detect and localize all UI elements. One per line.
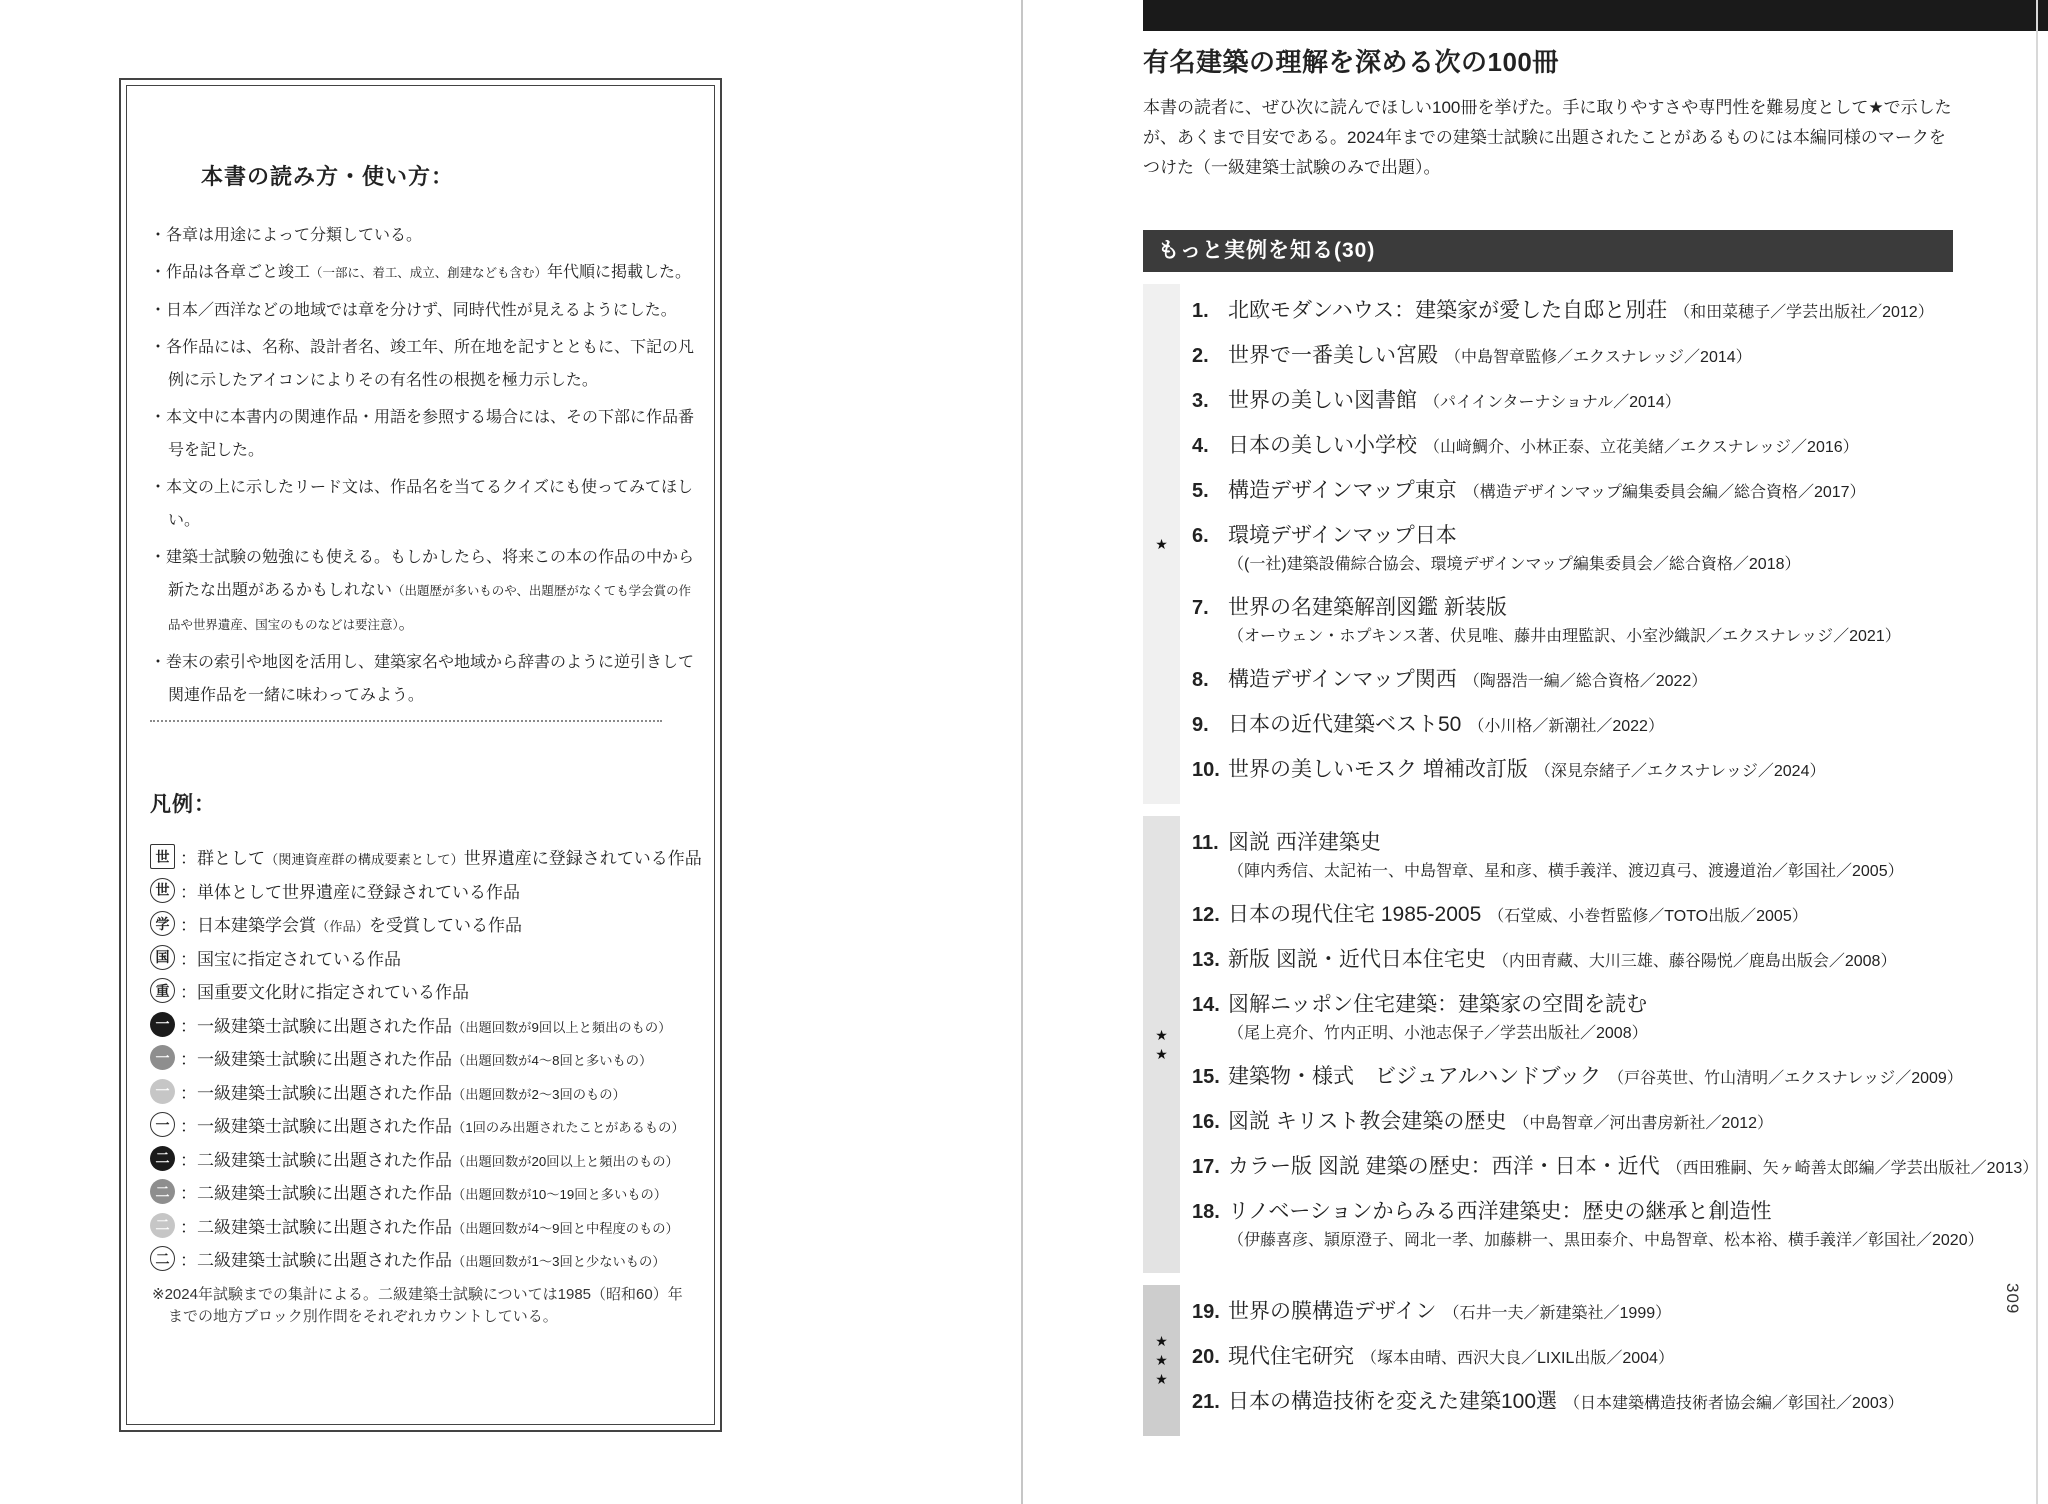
legend-row: 一：一級建築士試験に出題された作品（出題回数が9回以上と頻出のもの） xyxy=(150,1008,702,1042)
book-line: 14.図解ニッポン住宅建築：建築家の空間を読む xyxy=(1180,990,2038,1020)
book-number: 18. xyxy=(1180,1201,1228,1224)
book-line: 16.図説 キリスト教会建築の歴史（中島智章／河出書房新社／2012） xyxy=(1180,1107,2038,1137)
legend-text: ：国重要文化財に指定されている作品 xyxy=(180,978,469,1003)
legend-footnote: ※2024年試験までの集計による。二級建築士試験については1985（昭和60）年… xyxy=(152,1284,692,1328)
reading-guide-title: 本書の読み方・使い方： xyxy=(201,160,454,191)
book-title: 現代住宅研究 xyxy=(1228,1342,1354,1372)
book-title: 構造デザインマップ関西 xyxy=(1228,665,1457,695)
book-authors: （陶器浩一編／総合資格／2022） xyxy=(1464,668,1708,691)
book-authors: （内田青藏、大川三雄、藤谷陽悦／鹿島出版会／2008） xyxy=(1493,948,1897,971)
legend-row: 二：二級建築士試験に出題された作品（出題回数が20回以上と頻出のもの） xyxy=(150,1142,702,1176)
book-line: 12.日本の現代住宅 1985-2005（石堂威、小巻哲監修／TOTO出版／20… xyxy=(1180,900,2038,930)
page-number: 309 xyxy=(2002,1283,2022,1314)
usage-bullet: ・巻末の索引や地図を活用し、建築家名や地域から辞書のように逆引きして関連作品を一… xyxy=(150,646,698,712)
book-number: 11. xyxy=(1180,832,1228,855)
book-group: ★★11.図説 西洋建築史（陣内秀信、太記祐一、中島智章、星和彦、横手義洋、渡辺… xyxy=(1143,816,2023,1273)
book-line: 19.世界の膜構造デザイン（石井一夫／新建築社／1999） xyxy=(1180,1297,2023,1327)
legend-text: ：二級建築士試験に出題された作品（出題回数が1～3回と少ないもの） xyxy=(180,1246,666,1271)
legend-row: 二：二級建築士試験に出題された作品（出題回数が4～9回と中程度のもの） xyxy=(150,1209,702,1243)
book-line: 3.世界の美しい図書館（パイインターナショナル／2014） xyxy=(1180,386,2023,416)
book-item: 6.環境デザインマップ日本（(一社)建築設備綜合協会、環境デザインマップ編集委員… xyxy=(1180,521,2023,578)
book-title: 図説 キリスト教会建築の歴史 xyxy=(1228,1107,1506,1137)
book-line: 6.環境デザインマップ日本 xyxy=(1180,521,2023,551)
book-authors: （石堂威、小巻哲監修／TOTO出版／2005） xyxy=(1488,903,1807,926)
book-item: 7.世界の名建築解剖図鑑 新装版（オーウェン・ホプキンス著、伏見唯、藤井由理監訳… xyxy=(1180,593,2023,650)
legend-row: 国：国宝に指定されている作品 xyxy=(150,941,702,975)
star-icon: ★ xyxy=(1155,535,1168,554)
page-title: 有名建築の理解を深める次の100冊 xyxy=(1143,42,1559,79)
legend-row: 一：一級建築士試験に出題された作品（出題回数が2～3回のもの） xyxy=(150,1075,702,1109)
book-title: リノベーションからみる西洋建築史：歴史の継承と創造性 xyxy=(1228,1197,1771,1227)
book-number: 9. xyxy=(1180,714,1228,737)
legend-text: ：一級建築士試験に出題された作品（出題回数が4～8回と多いもの） xyxy=(180,1045,652,1070)
difficulty-strip: ★★ xyxy=(1143,816,1180,1273)
book-number: 13. xyxy=(1180,949,1228,972)
book-number: 14. xyxy=(1180,994,1228,1017)
dotted-divider xyxy=(150,720,662,722)
top-rule-bar xyxy=(1143,0,2048,31)
star-icon: ★ xyxy=(1155,1045,1168,1064)
legend-text: ：日本建築学会賞（作品）を受賞している作品 xyxy=(180,911,522,936)
book-authors: （深見奈緒子／エクスナレッジ／2024） xyxy=(1535,758,1826,781)
book-item: 3.世界の美しい図書館（パイインターナショナル／2014） xyxy=(1180,386,2023,416)
book-line: 13.新版 図説・近代日本住宅史（内田青藏、大川三雄、藤谷陽悦／鹿島出版会／20… xyxy=(1180,945,2038,975)
book-line: 11.図説 西洋建築史 xyxy=(1180,828,2038,858)
book-group-items: 1.北欧モダンハウス：建築家が愛した自邸と別荘（和田菜穂子／学芸出版社／2012… xyxy=(1180,284,2023,804)
book-item: 4.日本の美しい小学校（山﨑鯛介、小林正泰、立花美緒／エクスナレッジ／2016） xyxy=(1180,431,2023,461)
legend-row: 学：日本建築学会賞（作品）を受賞している作品 xyxy=(150,907,702,941)
book-title: カラー版 図説 建築の歴史：西洋・日本・近代 xyxy=(1228,1152,1660,1182)
circle-badge-icon: 国 xyxy=(150,945,175,970)
usage-bullet: ・建築士試験の勉強にも使える。もしかしたら、将来この本の作品の中から新たな出題が… xyxy=(150,541,698,642)
book-line: 10.世界の美しいモスク 増補改訂版（深見奈緒子／エクスナレッジ／2024） xyxy=(1180,755,2023,785)
legend-text: ：二級建築士試験に出題された作品（出題回数が4～9回と中程度のもの） xyxy=(180,1213,679,1238)
usage-bullet: ・本文の上に示したリード文は、作品名を当てるクイズにも使ってみてほしい。 xyxy=(150,471,698,537)
book-number: 15. xyxy=(1180,1066,1228,1089)
book-item: 16.図説 キリスト教会建築の歴史（中島智章／河出書房新社／2012） xyxy=(1180,1107,2038,1137)
book-number: 3. xyxy=(1180,390,1228,413)
book-line: 2.世界で一番美しい宮殿（中島智章監修／エクスナレッジ／2014） xyxy=(1180,341,2023,371)
scan-edge-line xyxy=(2036,0,2038,1504)
book-line: 9.日本の近代建築ベスト50（小川格／新潮社／2022） xyxy=(1180,710,2023,740)
book-title: 構造デザインマップ東京 xyxy=(1228,476,1457,506)
book-item: 5.構造デザインマップ東京（構造デザインマップ編集委員会編／総合資格／2017） xyxy=(1180,476,2023,506)
book-authors: （石井一夫／新建築社／1999） xyxy=(1444,1300,1672,1323)
legend-text: ：一級建築士試験に出題された作品（出題回数が9回以上と頻出のもの） xyxy=(180,1012,671,1037)
book-item: 11.図説 西洋建築史（陣内秀信、太記祐一、中島智章、星和彦、横手義洋、渡辺真弓… xyxy=(1180,828,2038,885)
legend-text: ：二級建築士試験に出題された作品（出題回数が10～19回と多いもの） xyxy=(180,1179,667,1204)
book-item: 2.世界で一番美しい宮殿（中島智章監修／エクスナレッジ／2014） xyxy=(1180,341,2023,371)
book-number: 21. xyxy=(1180,1391,1228,1414)
book-item: 9.日本の近代建築ベスト50（小川格／新潮社／2022） xyxy=(1180,710,2023,740)
book-item: 10.世界の美しいモスク 増補改訂版（深見奈緒子／エクスナレッジ／2024） xyxy=(1180,755,2023,785)
legend-title: 凡例： xyxy=(150,788,216,818)
circle-badge-icon: 二 xyxy=(150,1213,175,1238)
book-number: 10. xyxy=(1180,759,1228,782)
book-item: 8.構造デザインマップ関西（陶器浩一編／総合資格／2022） xyxy=(1180,665,2023,695)
book-title: 環境デザインマップ日本 xyxy=(1228,521,1457,551)
book-group-items: 19.世界の膜構造デザイン（石井一夫／新建築社／1999）20.現代住宅研究（塚… xyxy=(1180,1285,2023,1436)
book-line: 17.カラー版 図説 建築の歴史：西洋・日本・近代（西田雅嗣、矢ヶ崎善太郎編／学… xyxy=(1180,1152,2038,1182)
book-title: 世界の名建築解剖図鑑 新装版 xyxy=(1228,593,1507,623)
book-authors: （(一社)建築設備綜合協会、環境デザインマップ編集委員会／総合資格／2018） xyxy=(1228,551,2023,578)
book-line: 20.現代住宅研究（塚本由晴、西沢大良／LIXIL出版／2004） xyxy=(1180,1342,2023,1372)
legend-text: ：国宝に指定されている作品 xyxy=(180,945,401,970)
book-title: 日本の構造技術を変えた建築100選 xyxy=(1228,1387,1557,1417)
book-item: 17.カラー版 図説 建築の歴史：西洋・日本・近代（西田雅嗣、矢ヶ崎善太郎編／学… xyxy=(1180,1152,2038,1182)
usage-bullet: ・本文中に本書内の関連作品・用語を参照する場合には、その下部に作品番号を記した。 xyxy=(150,401,698,467)
book-number: 2. xyxy=(1180,345,1228,368)
book-line: 4.日本の美しい小学校（山﨑鯛介、小林正泰、立花美緒／エクスナレッジ／2016） xyxy=(1180,431,2023,461)
circle-badge-icon: 二 xyxy=(150,1246,175,1271)
book-authors: （パイインターナショナル／2014） xyxy=(1424,389,1681,412)
book-item: 1.北欧モダンハウス：建築家が愛した自邸と別荘（和田菜穂子／学芸出版社／2012… xyxy=(1180,296,2023,326)
usage-bullet: ・日本／西洋などの地域では章を分けず、同時代性が見えるようにした。 xyxy=(150,294,698,327)
book-authors: （戸谷英世、竹山清明／エクスナレッジ／2009） xyxy=(1608,1065,1963,1088)
book-title: 世界の美しいモスク 増補改訂版 xyxy=(1228,755,1528,785)
book-line: 18.リノベーションからみる西洋建築史：歴史の継承と創造性 xyxy=(1180,1197,2038,1227)
book-number: 16. xyxy=(1180,1111,1228,1134)
legend-row: 一：一級建築士試験に出題された作品（1回のみ出題されたことがあるもの） xyxy=(150,1108,702,1142)
book-title: 図説 西洋建築史 xyxy=(1228,828,1381,858)
star-icon: ★ xyxy=(1155,1351,1168,1370)
legend-row: 二：二級建築士試験に出題された作品（出題回数が10～19回と多いもの） xyxy=(150,1175,702,1209)
legend-text: ：一級建築士試験に出題された作品（1回のみ出題されたことがあるもの） xyxy=(180,1112,685,1137)
legend-text: ：一級建築士試験に出題された作品（出題回数が2～3回のもの） xyxy=(180,1079,626,1104)
usage-bullet: ・作品は各章ごと竣工（一部に、着工、成立、創建なども含む）年代順に掲載した。 xyxy=(150,256,698,290)
book-authors: （構造デザインマップ編集委員会編／総合資格／2017） xyxy=(1464,479,1866,502)
circle-badge-icon: 学 xyxy=(150,911,175,936)
book-item: 19.世界の膜構造デザイン（石井一夫／新建築社／1999） xyxy=(1180,1297,2023,1327)
book-number: 20. xyxy=(1180,1346,1228,1369)
book-item: 13.新版 図説・近代日本住宅史（内田青藏、大川三雄、藤谷陽悦／鹿島出版会／20… xyxy=(1180,945,2038,975)
book-group: ★★★19.世界の膜構造デザイン（石井一夫／新建築社／1999）20.現代住宅研… xyxy=(1143,1285,2023,1436)
book-title: 日本の現代住宅 1985-2005 xyxy=(1228,900,1481,930)
circle-badge-icon: 一 xyxy=(150,1045,175,1070)
book-authors: （西田雅嗣、矢ヶ崎善太郎編／学芸出版社／2013） xyxy=(1667,1155,2039,1178)
book-number: 7. xyxy=(1180,597,1228,620)
book-number: 12. xyxy=(1180,904,1228,927)
book-authors: （塚本由晴、西沢大良／LIXIL出版／2004） xyxy=(1361,1345,1674,1368)
book-number: 19. xyxy=(1180,1301,1228,1324)
page-fold-divider xyxy=(1021,0,1023,1504)
legend-row: 一：一級建築士試験に出題された作品（出題回数が4～8回と多いもの） xyxy=(150,1041,702,1075)
book-number: 6. xyxy=(1180,525,1228,548)
square-badge-icon: 世 xyxy=(150,844,175,869)
book-item: 18.リノベーションからみる西洋建築史：歴史の継承と創造性（伊藤喜彦、頴原澄子、… xyxy=(1180,1197,2038,1254)
legend-text: ：単体として世界遺産に登録されている作品 xyxy=(180,878,520,903)
book-title: 日本の美しい小学校 xyxy=(1228,431,1417,461)
circle-badge-icon: 世 xyxy=(150,878,175,903)
book-authors: （和田菜穂子／学芸出版社／2012） xyxy=(1674,299,1934,322)
book-title: 日本の近代建築ベスト50 xyxy=(1228,710,1461,740)
book-number: 8. xyxy=(1180,669,1228,692)
legend-row: 二：二級建築士試験に出題された作品（出題回数が1～3回と少ないもの） xyxy=(150,1242,702,1276)
usage-bullet: ・各章は用途によって分類している。 xyxy=(150,219,698,252)
book-list: ★1.北欧モダンハウス：建築家が愛した自邸と別荘（和田菜穂子／学芸出版社／201… xyxy=(1143,272,2023,1436)
legend-text: ：二級建築士試験に出題された作品（出題回数が20回以上と頻出のもの） xyxy=(180,1146,679,1171)
circle-badge-icon: 二 xyxy=(150,1179,175,1204)
book-authors: （陣内秀信、太記祐一、中島智章、星和彦、横手義洋、渡辺真弓、渡邊道治／彰国社／2… xyxy=(1228,858,2038,885)
star-icon: ★ xyxy=(1155,1026,1168,1045)
legend-text: ：群として（関連資産群の構成要素として）世界遺産に登録されている作品 xyxy=(180,844,702,869)
book-number: 4. xyxy=(1180,435,1228,458)
book-line: 21.日本の構造技術を変えた建築100選（日本建築構造技術者協会編／彰国社／20… xyxy=(1180,1387,2023,1417)
book-item: 12.日本の現代住宅 1985-2005（石堂威、小巻哲監修／TOTO出版／20… xyxy=(1180,900,2038,930)
book-authors: （オーウェン・ホプキンス著、伏見唯、藤井由理監訳、小室沙織訳／エクスナレッジ／2… xyxy=(1228,623,2023,650)
legend-row: 世：群として（関連資産群の構成要素として）世界遺産に登録されている作品 xyxy=(150,840,702,874)
usage-bullet: ・各作品には、名称、設計者名、竣工年、所在地を記すとともに、下記の凡例に示したア… xyxy=(150,331,698,397)
book-line: 15.建築物・様式 ビジュアルハンドブック（戸谷英世、竹山清明／エクスナレッジ／… xyxy=(1180,1062,2038,1092)
circle-badge-icon: 二 xyxy=(150,1146,175,1171)
book-title: 新版 図説・近代日本住宅史 xyxy=(1228,945,1486,975)
legend-list: 世：群として（関連資産群の構成要素として）世界遺産に登録されている作品世：単体と… xyxy=(150,840,702,1276)
book-authors: （中島智章／河出書房新社／2012） xyxy=(1513,1110,1773,1133)
book-authors: （小川格／新潮社／2022） xyxy=(1468,713,1664,736)
book-item: 14.図解ニッポン住宅建築：建築家の空間を読む（尾上亮介、竹内正明、小池志保子／… xyxy=(1180,990,2038,1047)
circle-badge-icon: 重 xyxy=(150,978,175,1003)
legend-row: 重：国重要文化財に指定されている作品 xyxy=(150,974,702,1008)
book-authors: （尾上亮介、竹内正明、小池志保子／学芸出版社／2008） xyxy=(1228,1020,2038,1047)
book-line: 5.構造デザインマップ東京（構造デザインマップ編集委員会編／総合資格／2017） xyxy=(1180,476,2023,506)
book-number: 5. xyxy=(1180,480,1228,503)
star-icon: ★ xyxy=(1155,1370,1168,1389)
intro-paragraph: 本書の読者に、ぜひ次に読んでほしい100冊を挙げた。手に取りやすさや専門性を難易… xyxy=(1143,93,1955,183)
book-title: 世界の膜構造デザイン xyxy=(1228,1297,1437,1327)
difficulty-strip: ★★★ xyxy=(1143,1285,1180,1436)
book-item: 15.建築物・様式 ビジュアルハンドブック（戸谷英世、竹山清明／エクスナレッジ／… xyxy=(1180,1062,2038,1092)
book-spread: 本書の読み方・使い方： ・各章は用途によって分類している。・作品は各章ごと竣工（… xyxy=(0,0,2048,1504)
book-authors: （中島智章監修／エクスナレッジ／2014） xyxy=(1445,344,1752,367)
circle-badge-icon: 一 xyxy=(150,1079,175,1104)
book-authors: （日本建築構造技術者協会編／彰国社／2003） xyxy=(1564,1390,1904,1413)
circle-badge-icon: 一 xyxy=(150,1112,175,1137)
book-title: 建築物・様式 ビジュアルハンドブック xyxy=(1228,1062,1601,1092)
difficulty-strip: ★ xyxy=(1143,284,1180,804)
book-title: 図解ニッポン住宅建築：建築家の空間を読む xyxy=(1228,990,1647,1020)
book-line: 8.構造デザインマップ関西（陶器浩一編／総合資格／2022） xyxy=(1180,665,2023,695)
circle-badge-icon: 一 xyxy=(150,1012,175,1037)
book-item: 21.日本の構造技術を変えた建築100選（日本建築構造技術者協会編／彰国社／20… xyxy=(1180,1387,2023,1417)
legend-row: 世：単体として世界遺産に登録されている作品 xyxy=(150,874,702,908)
book-authors: （山﨑鯛介、小林正泰、立花美緒／エクスナレッジ／2016） xyxy=(1424,434,1859,457)
book-title: 世界の美しい図書館 xyxy=(1228,386,1417,416)
book-title: 世界で一番美しい宮殿 xyxy=(1228,341,1438,371)
book-item: 20.現代住宅研究（塚本由晴、西沢大良／LIXIL出版／2004） xyxy=(1180,1342,2023,1372)
usage-bullet-list: ・各章は用途によって分類している。・作品は各章ごと竣工（一部に、着工、成立、創建… xyxy=(150,219,698,716)
star-icon: ★ xyxy=(1155,1332,1168,1351)
book-number: 17. xyxy=(1180,1156,1228,1179)
book-title: 北欧モダンハウス：建築家が愛した自邸と別荘 xyxy=(1228,296,1667,326)
book-line: 1.北欧モダンハウス：建築家が愛した自邸と別荘（和田菜穂子／学芸出版社／2012… xyxy=(1180,296,2023,326)
book-number: 1. xyxy=(1180,300,1228,323)
book-group-items: 11.図説 西洋建築史（陣内秀信、太記祐一、中島智章、星和彦、横手義洋、渡辺真弓… xyxy=(1180,816,2038,1273)
book-group: ★1.北欧モダンハウス：建築家が愛した自邸と別荘（和田菜穂子／学芸出版社／201… xyxy=(1143,284,2023,804)
book-line: 7.世界の名建築解剖図鑑 新装版 xyxy=(1180,593,2023,623)
section-header: もっと実例を知る(30) xyxy=(1143,230,1953,272)
book-authors: （伊藤喜彦、頴原澄子、岡北一孝、加藤耕一、黒田泰介、中島智章、松本裕、横手義洋／… xyxy=(1228,1227,2038,1254)
